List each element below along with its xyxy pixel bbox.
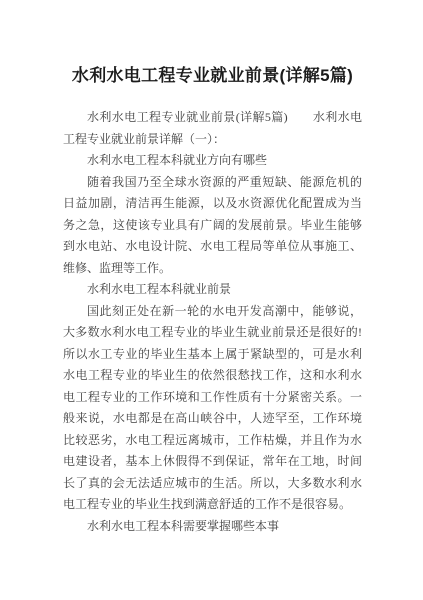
- document-title: 水利水电工程专业就业前景(详解5篇): [63, 62, 362, 90]
- paragraph-heading-required-skills: 水利水电工程本科需要掌握哪些本事: [63, 516, 362, 538]
- paragraph-job-prospects-text: 国此刻正处在新一轮的水电开发高潮中，能够说，大多数水利水电工程专业的毕业生就业前…: [63, 301, 362, 516]
- paragraph-intro: 水利水电工程专业就业前景(详解5篇) 水利水电工程专业就业前景详解（一）：: [63, 107, 362, 150]
- paragraph-heading-job-directions: 水利水电工程本科就业方向有哪些: [63, 150, 362, 172]
- paragraph-job-directions-text: 随着我国乃至全球水资源的严重短缺、能源危机的日益加剧，清洁再生能源，以及水资源优…: [63, 172, 362, 280]
- paragraph-heading-job-prospects: 水利水电工程本科就业前景: [63, 279, 362, 301]
- document-body: 水利水电工程专业就业前景(详解5篇) 水利水电工程专业就业前景详解（一）： 水利…: [63, 107, 362, 537]
- document-page: 水利水电工程专业就业前景(详解5篇) 水利水电工程专业就业前景(详解5篇) 水利…: [0, 0, 423, 600]
